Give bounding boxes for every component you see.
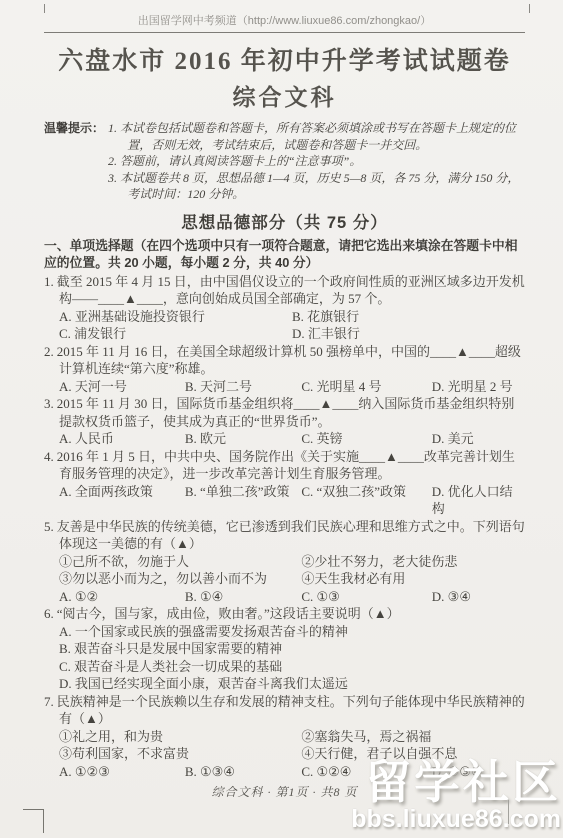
option: D. 优化人口结构 bbox=[432, 483, 525, 518]
question-options: A. 天河一号B. 天河二号C. 光明星 4 号D. 光明星 2 号 bbox=[59, 378, 525, 396]
crop-mark-top-right-icon bbox=[529, 4, 530, 13]
part-intro: 一、单项选择题（在四个选项中只有一项符合题意，请把它选出来填涂在答题卡中相应的位… bbox=[44, 237, 525, 272]
watermark: 留学社区 bbs.liuxue86.com bbox=[351, 759, 561, 832]
option: A. 天河一号 bbox=[59, 378, 185, 396]
question-subitem: ③苟利国家，不求富贵 bbox=[59, 745, 301, 763]
watermark-site: bbs.liuxue86.com bbox=[351, 807, 561, 832]
question-stem-text: 2015 年 11 月 16 日，在美国全球超级计算机 50 强榜单中，中国的_… bbox=[57, 344, 521, 377]
question-options: A. 人民币B. 欧元C. 英镑D. 美元 bbox=[59, 430, 525, 448]
paper-title: 六盘水市 2016 年初中升学考试试题卷 bbox=[44, 41, 525, 77]
crop-mark-bottom-right-icon bbox=[508, 800, 509, 824]
crop-mark-top-left-icon bbox=[44, 4, 45, 13]
option: B. 欧元 bbox=[185, 430, 302, 448]
option: D. 光明星 2 号 bbox=[432, 378, 525, 396]
question-list: 1.截至 2015 年 4 月 15 日，由中国倡仪设立的一个政府间性质的亚洲区… bbox=[44, 273, 525, 781]
option: A. ①②③ bbox=[59, 763, 185, 781]
question-options: A. ①②B. ①④C. ①③D. ③④ bbox=[59, 588, 525, 606]
question: 6.“阅古今，国与家，成由俭，败由奢。”这段话主要说明（▲）A. 一个国家或民族… bbox=[44, 605, 525, 693]
channel-link: 出国留学网中考频道（http://www.liuxue86.com/zhongk… bbox=[44, 12, 525, 33]
paper-subtitle: 综合文科 bbox=[44, 79, 525, 112]
question: 3.2015 年 11 月 30 日，国际货币基金组织将____▲____纳入国… bbox=[44, 395, 525, 448]
question-stem-text: 截至 2015 年 4 月 15 日，由中国倡仪设立的一个政府间性质的亚洲区域多… bbox=[57, 274, 525, 307]
crop-mark-bottom-left-icon bbox=[23, 809, 44, 833]
question: 1.截至 2015 年 4 月 15 日，由中国倡仪设立的一个政府间性质的亚洲区… bbox=[44, 273, 525, 343]
question-stem: 6.“阅古今，国与家，成由俭，败由奢。”这段话主要说明（▲） bbox=[44, 605, 525, 623]
question-stem: 1.截至 2015 年 4 月 15 日，由中国倡仪设立的一个政府间性质的亚洲区… bbox=[44, 273, 525, 308]
option: A. 全面两孩政策 bbox=[59, 483, 185, 518]
option: C. 浦发银行 bbox=[59, 325, 292, 343]
option: A. 人民币 bbox=[59, 430, 185, 448]
question-stem: 4.2016 年 1 月 5 日，中共中央、国务院作出《关于实施____▲___… bbox=[44, 448, 525, 483]
option: D. 美元 bbox=[432, 430, 525, 448]
notice-item: 2. 答题前，请认真阅读答题卡上的“注意事项”。 bbox=[108, 153, 525, 170]
question: 2.2015 年 11 月 16 日，在美国全球超级计算机 50 强榜单中，中国… bbox=[44, 343, 525, 396]
option: A. 亚洲基础设施投资银行 bbox=[59, 308, 292, 326]
question-stem-text: 2015 年 11 月 30 日，国际货币基金组织将____▲____纳入国际货… bbox=[57, 396, 515, 429]
option: A. 一个国家或民族的强盛需要发扬艰苦奋斗的精神 bbox=[59, 623, 525, 641]
option: B. ①③④ bbox=[185, 763, 302, 781]
notice-item: 3. 本试题卷共 8 页，思想品德 1—4 页，历史 5—8 页，各 75 分，… bbox=[108, 170, 525, 203]
page-content: 出国留学网中考频道（http://www.liuxue86.com/zhongk… bbox=[0, 0, 563, 800]
question-number: 2. bbox=[44, 344, 54, 359]
question-stem: 5.友善是中华民族的传统美德，它已渗透到我们民族心理和思维方式之中。下列语句体现… bbox=[44, 518, 525, 553]
question-subitem: ④天生我材必有用 bbox=[301, 570, 525, 588]
option: D. ③④ bbox=[432, 588, 525, 606]
question-stem: 7.民族精神是一个民族赖以生存和发展的精神支柱。下列句子能体现中华民族精神的有（… bbox=[44, 693, 525, 728]
question-number: 3. bbox=[44, 396, 54, 411]
option: C. ①③ bbox=[301, 588, 431, 606]
question-stem-text: 民族精神是一个民族赖以生存和发展的精神支柱。下列句子能体现中华民族精神的有（▲） bbox=[57, 694, 525, 727]
option: B. “单独二孩”政策 bbox=[185, 483, 302, 518]
option: C. 艰苦奋斗是人类社会一切成果的基础 bbox=[59, 658, 525, 676]
option: A. ①② bbox=[59, 588, 185, 606]
question-options: A. 一个国家或民族的强盛需要发扬艰苦奋斗的精神B. 艰苦奋斗只是发展中国家需要… bbox=[59, 623, 525, 693]
question-stem: 3.2015 年 11 月 30 日，国际货币基金组织将____▲____纳入国… bbox=[44, 395, 525, 430]
question-options: A. 全面两孩政策B. “单独二孩”政策C. “双独二孩”政策D. 优化人口结构 bbox=[59, 483, 525, 518]
option: C. 光明星 4 号 bbox=[301, 378, 431, 396]
question-subitem: ①礼之用，和为贵 bbox=[59, 728, 301, 746]
question: 4.2016 年 1 月 5 日，中共中央、国务院作出《关于实施____▲___… bbox=[44, 448, 525, 518]
question-stem-text: “阅古今，国与家，成由俭，败由奢。”这段话主要说明（▲） bbox=[57, 606, 400, 621]
option: D. 汇丰银行 bbox=[292, 325, 525, 343]
watermark-logo: 留学社区 bbox=[351, 759, 561, 805]
question-subitem: ③勿以恶小而为之，勿以善小而不为 bbox=[59, 570, 301, 588]
exam-paper-page: 出国留学网中考频道（http://www.liuxue86.com/zhongk… bbox=[0, 0, 563, 838]
question: 5.友善是中华民族的传统美德，它已渗透到我们民族心理和思维方式之中。下列语句体现… bbox=[44, 518, 525, 606]
question-number: 1. bbox=[44, 274, 54, 289]
question-stem-text: 友善是中华民族的传统美德，它已渗透到我们民族心理和思维方式之中。下列语句体现这一… bbox=[57, 519, 525, 552]
notice-items: 1. 本试卷包括试题卷和答题卡，所有答案必须填涂或书写在答题卡上规定的位置，否则… bbox=[108, 120, 525, 203]
question-subitem: ②少壮不努力，老大徒伤悲 bbox=[301, 553, 525, 571]
option: B. 花旗银行 bbox=[292, 308, 525, 326]
question-stem: 2.2015 年 11 月 16 日，在美国全球超级计算机 50 强榜单中，中国… bbox=[44, 343, 525, 378]
section-heading: 思想品德部分（共 75 分） bbox=[44, 209, 525, 233]
option: C. 英镑 bbox=[301, 430, 431, 448]
question-number: 7. bbox=[44, 694, 54, 709]
notice-item: 1. 本试卷包括试题卷和答题卡，所有答案必须填涂或书写在答题卡上规定的位置，否则… bbox=[108, 120, 525, 153]
question-number: 4. bbox=[44, 449, 54, 464]
question-number: 5. bbox=[44, 519, 54, 534]
option: B. ①④ bbox=[185, 588, 302, 606]
option: B. 艰苦奋斗只是发展中国家需要的精神 bbox=[59, 640, 525, 658]
question-subitems: ①己所不欲，勿施于人②少壮不努力，老大徒伤悲③勿以恶小而为之，勿以善小而不为④天… bbox=[59, 553, 525, 588]
question-subitem: ①己所不欲，勿施于人 bbox=[59, 553, 301, 571]
question-stem-text: 2016 年 1 月 5 日，中共中央、国务院作出《关于实施____▲____改… bbox=[57, 449, 515, 482]
question-options: A. 亚洲基础设施投资银行B. 花旗银行C. 浦发银行D. 汇丰银行 bbox=[59, 308, 525, 343]
question-subitem: ②塞翁失马，焉之祸福 bbox=[301, 728, 525, 746]
option: D. 我国已经实现全面小康，艰苦奋斗离我们太遥远 bbox=[59, 675, 525, 693]
question-number: 6. bbox=[44, 606, 54, 621]
notice-block: 温馨提示： 1. 本试卷包括试题卷和答题卡，所有答案必须填涂或书写在答题卡上规定… bbox=[44, 120, 525, 203]
option: B. 天河二号 bbox=[185, 378, 302, 396]
notice-label: 温馨提示： bbox=[44, 120, 108, 203]
option: C. “双独二孩”政策 bbox=[301, 483, 431, 518]
